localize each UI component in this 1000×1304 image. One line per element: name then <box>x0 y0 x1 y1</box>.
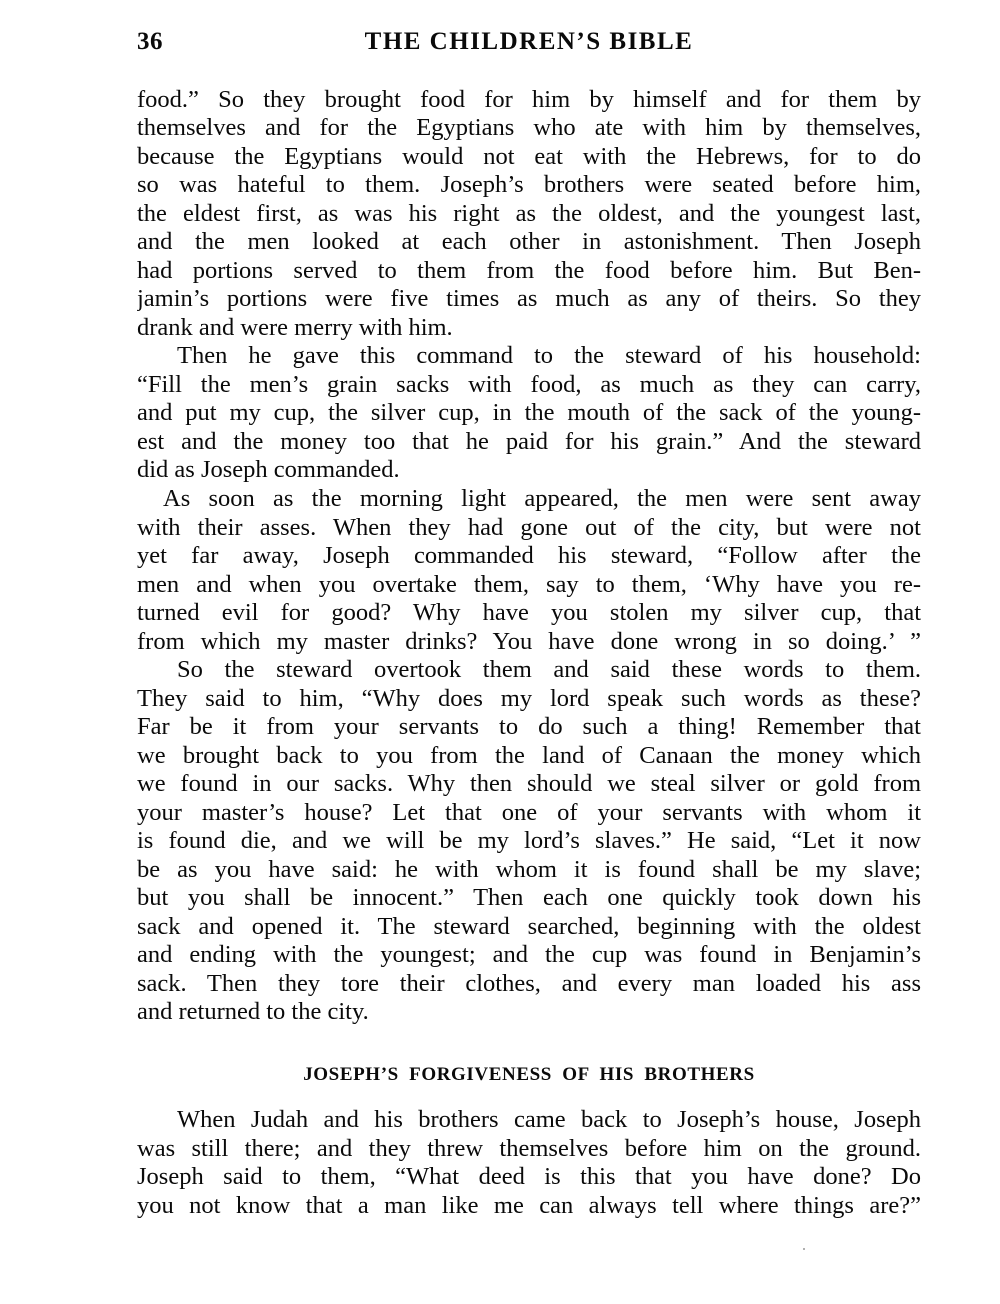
scan-speck <box>803 1248 805 1250</box>
text-line: had portions served to them from the foo… <box>137 257 921 285</box>
text-line: so was hateful to them. Joseph’s brother… <box>137 171 921 199</box>
text-line: drank and were merry with him. <box>137 314 921 342</box>
text-line: and returned to the city. <box>137 998 921 1026</box>
text-line: sack. Then they tore their clothes, and … <box>137 970 921 998</box>
text-line: “Fill the men’s grain sacks with food, a… <box>137 371 921 399</box>
text-line: but you shall be innocent.” Then each on… <box>137 884 921 912</box>
text-line: Then he gave this command to the steward… <box>137 342 921 370</box>
text-line: was still there; and they threw themselv… <box>137 1135 921 1163</box>
text-line: we found in our sacks. Why then should w… <box>137 770 921 798</box>
running-head: 36 THE CHILDREN’S BIBLE <box>137 28 921 68</box>
text-line: As soon as the morning light appeared, t… <box>137 485 921 513</box>
text-line: They said to him, “Why does my lord spea… <box>137 685 921 713</box>
text-line: themselves and for the Egyptians who ate… <box>137 114 921 142</box>
book-title: THE CHILDREN’S BIBLE <box>137 28 921 56</box>
text-line: you not know that a man like me can alwa… <box>137 1192 921 1220</box>
text-line: jamin’s portions were five times as much… <box>137 285 921 313</box>
text-line: sack and opened it. The steward searched… <box>137 913 921 941</box>
text-line: because the Egyptians would not eat with… <box>137 143 921 171</box>
text-line: and ending with the youngest; and the cu… <box>137 941 921 969</box>
text-line: Joseph said to them, “What deed is this … <box>137 1163 921 1191</box>
text-line: turned evil for good? Why have you stole… <box>137 599 921 627</box>
text-line: is found die, and we will be my lord’s s… <box>137 827 921 855</box>
book-page: 36 THE CHILDREN’S BIBLE food.” So they b… <box>0 0 1000 1304</box>
section-heading: JOSEPH’S FORGIVENESS OF HIS BROTHERS <box>137 1064 921 1086</box>
text-line: we brought back to you from the land of … <box>137 742 921 770</box>
text-line: with their asses. When they had gone out… <box>137 514 921 542</box>
text-line: and put my cup, the silver cup, in the m… <box>137 399 921 427</box>
text-line: from which my master drinks? You have do… <box>137 628 921 656</box>
text-line: and the men looked at each other in asto… <box>137 228 921 256</box>
text-line: Far be it from your servants to do such … <box>137 713 921 741</box>
text-line: men and when you overtake them, say to t… <box>137 571 921 599</box>
text-line: be as you have said: he with whom it is … <box>137 856 921 884</box>
text-line: food.” So they brought food for him by h… <box>137 86 921 114</box>
text-line: When Judah and his brothers came back to… <box>137 1106 921 1134</box>
text-line: did as Joseph commanded. <box>137 456 921 484</box>
text-line: the eldest first, as was his right as th… <box>137 200 921 228</box>
text-line: est and the money too that he paid for h… <box>137 428 921 456</box>
text-line: your master’s house? Let that one of you… <box>137 799 921 827</box>
text-line: yet far away, Joseph commanded his stewa… <box>137 542 921 570</box>
text-line: So the steward overtook them and said th… <box>137 656 921 684</box>
